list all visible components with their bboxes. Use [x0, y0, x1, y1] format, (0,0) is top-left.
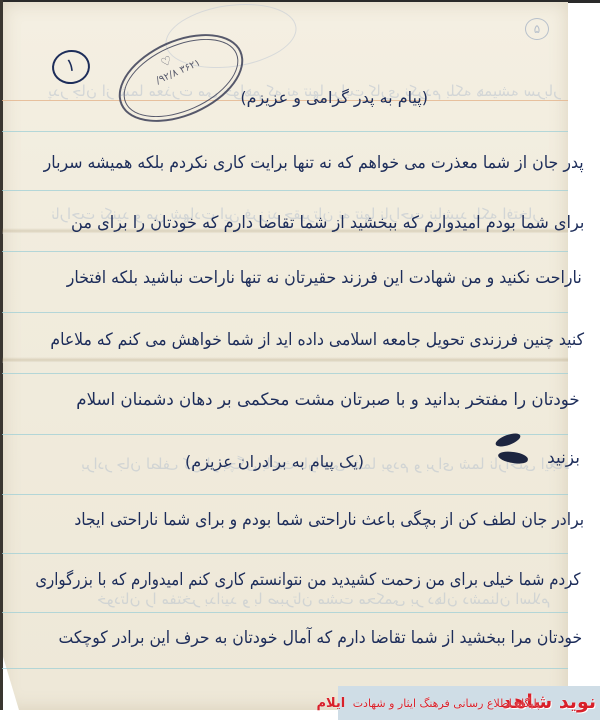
watermark-city: ایلام [316, 696, 345, 711]
letter-line: خودتان مرا ببخشید از شما تقاضا دارم که آ… [58, 628, 582, 648]
letter-subheading: (یک پیام به برادران عزیزم) [185, 452, 364, 471]
ruled-line [2, 190, 568, 191]
watermark-text: پایگاه اطلاع رسانی فرهنگ ایثار و شهادت [353, 697, 540, 710]
watermark-caption: پایگاه اطلاع رسانی فرهنگ ایثار و شهادت ا… [316, 696, 540, 711]
paper-fold [2, 357, 568, 363]
ruled-line [2, 612, 568, 613]
ruled-line [2, 434, 568, 435]
letter-line: بزنید [547, 448, 580, 468]
ruled-line [2, 251, 568, 252]
ruled-line [2, 312, 568, 313]
ruled-line [2, 494, 568, 495]
ruled-line [2, 553, 568, 554]
bleed-through-text: خودتان را مفتخر بدانید و با صبرتان مشت م… [97, 590, 550, 608]
letter-line: برادر جان لطف کن از بچگی باعث ناراحتی شم… [74, 510, 584, 530]
ruled-line [2, 131, 568, 132]
letter-line: برای شما بودم امیدوارم که ببخشید از شما … [71, 213, 584, 233]
ruled-line [2, 668, 568, 669]
letter-line: ناراحت نکنید و من شهادت این فرزند حقیرتا… [67, 268, 582, 288]
letter-line: پدر جان از شما معذرت می خواهم که نه تنها… [44, 153, 584, 173]
letter-line: خودتان را مفتخر بدانید و با صبرتان مشت م… [77, 390, 580, 410]
heart-icon: ♡ [159, 53, 175, 70]
letter-line: کنید چنین فرزندی تحویل جامعه اسلامی داده… [50, 330, 584, 350]
site-watermark: نوید شاهد پایگاه اطلاع رسانی فرهنگ ایثار… [338, 686, 600, 720]
scan-left-edge [0, 0, 3, 710]
faint-page-number: ۵ [525, 18, 549, 40]
ruled-line [2, 373, 568, 374]
letter-line: کردم شما خیلی برای من زحمت کشیدید من نتو… [35, 570, 580, 590]
letter-heading: (پیام به پدر گرامی و عزیزم) [240, 88, 428, 107]
